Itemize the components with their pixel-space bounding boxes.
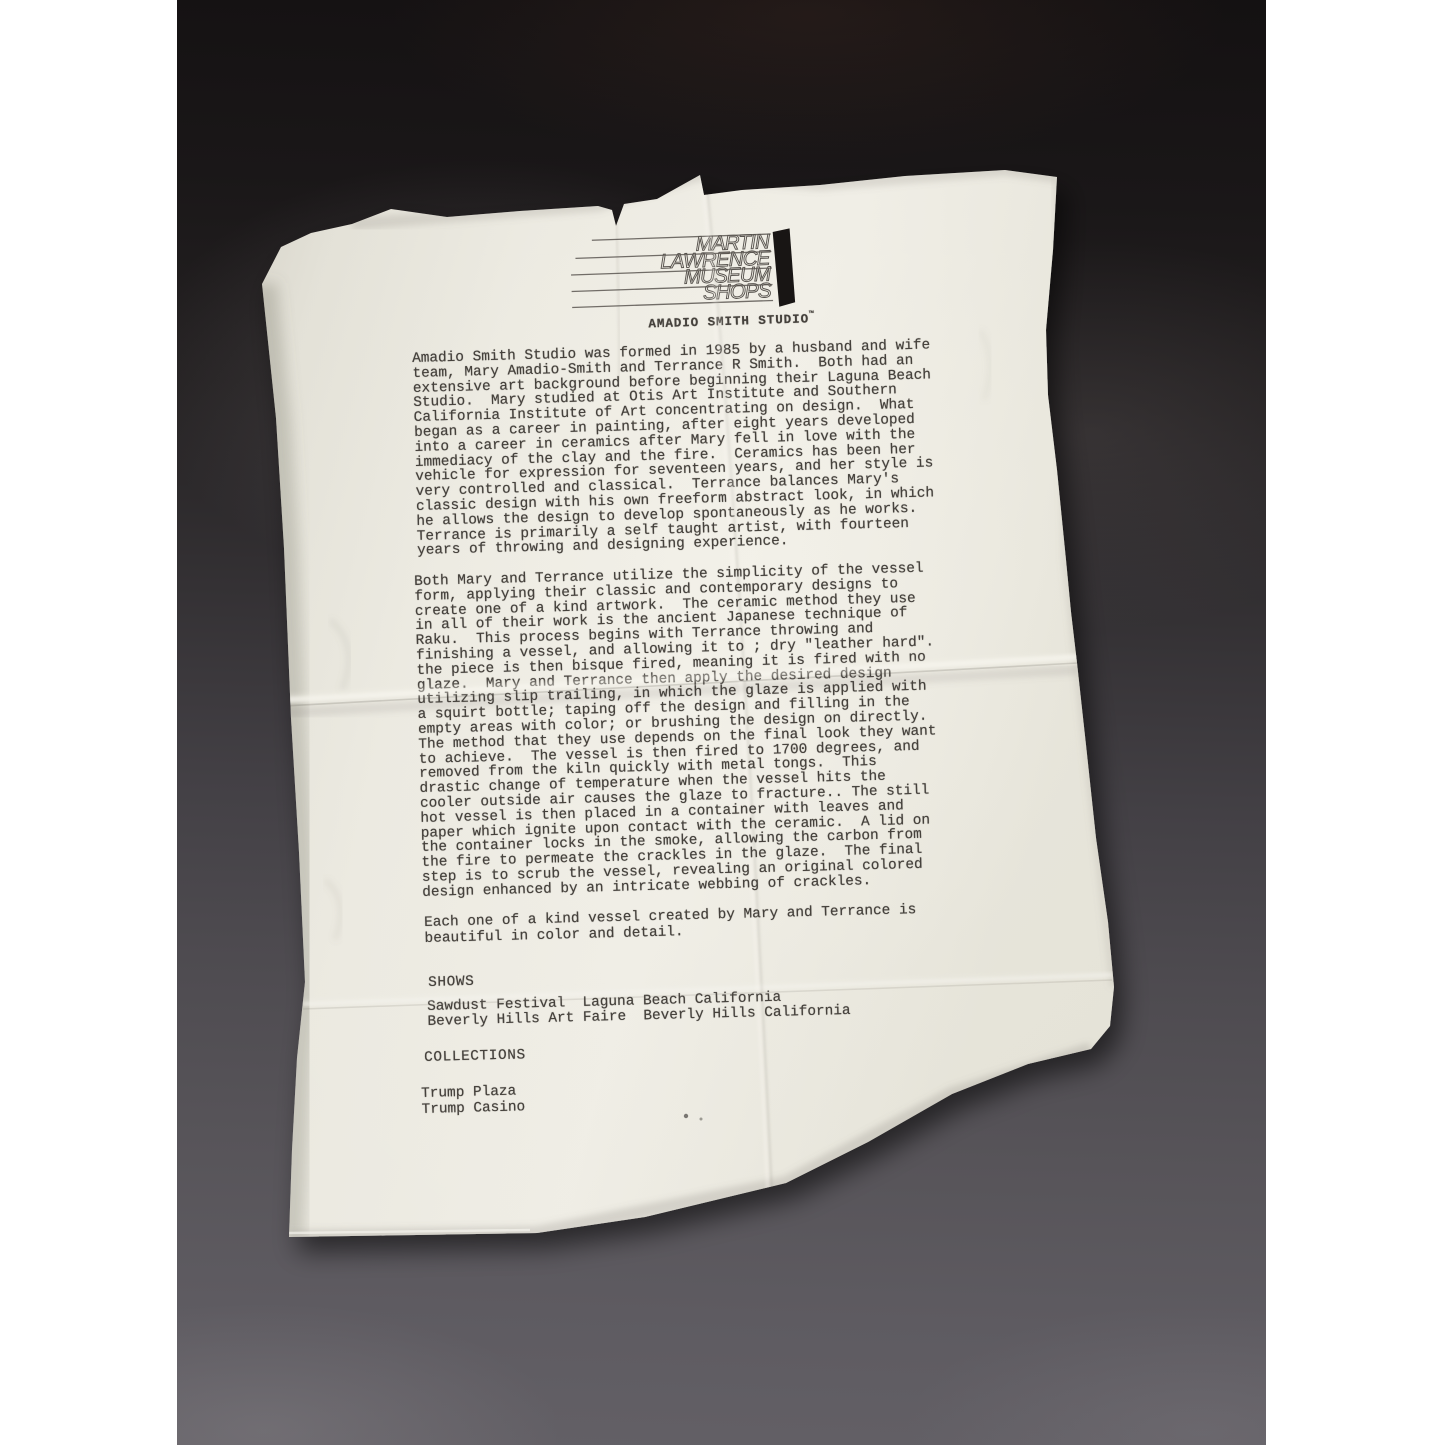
letter-content: AMADIO SMITH STUDIO™ Amadio Smith Studio…: [0, 0, 1445, 1445]
paragraph-3: Each one of a kind vessel created by Mar…: [424, 903, 917, 947]
shows-heading: SHOWS: [428, 975, 475, 991]
collections-heading: COLLECTIONS: [424, 1048, 526, 1066]
paragraph-1: Amadio Smith Studio was formed in 1985 b…: [412, 338, 935, 559]
shows-list: Sawdust Festival Laguna Beach California…: [427, 989, 851, 1031]
right-white-border: [1266, 0, 1445, 1445]
trademark-symbol: ™: [809, 310, 814, 319]
studio-name: AMADIO SMITH STUDIO: [648, 312, 809, 331]
left-white-border: [0, 0, 177, 1445]
paragraph-2: Both Mary and Terrance utilize the simpl…: [414, 561, 941, 900]
photo-of-typed-letter: MARTIN LAWRENCE MUSEUM SHOPS AMADIO SMIT…: [0, 0, 1445, 1445]
collections-list: Trump Plaza Trump Casino: [421, 1083, 525, 1118]
studio-name-line: AMADIO SMITH STUDIO™: [597, 296, 815, 347]
